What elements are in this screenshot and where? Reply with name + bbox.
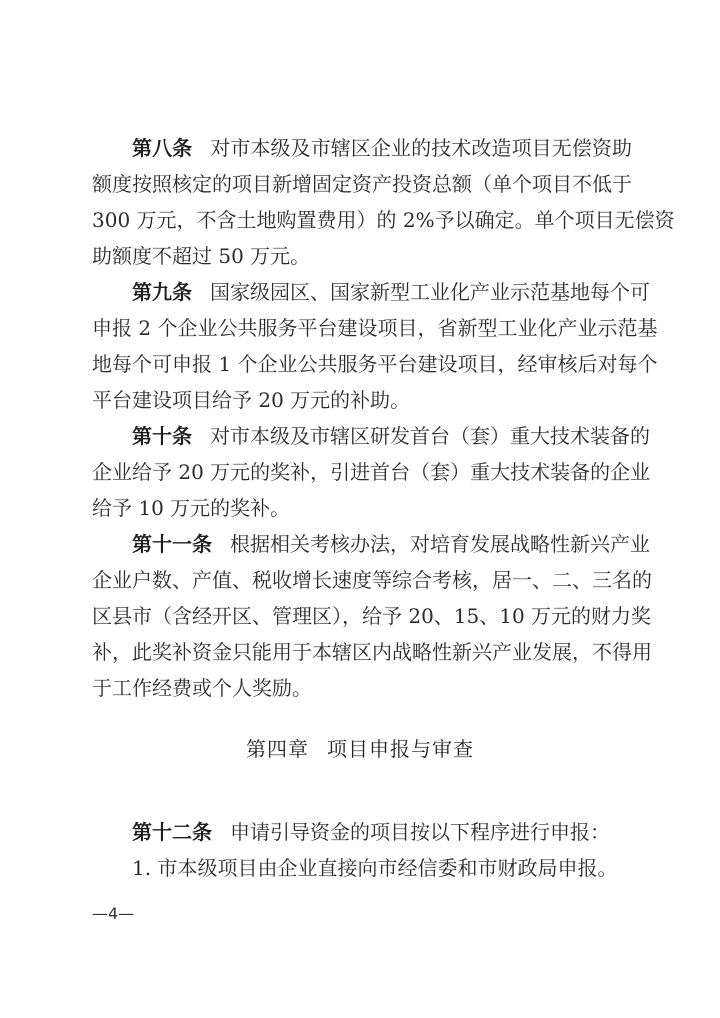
article-12-line-1: 第十二条申请引导资金的项目按以下程序进行申报： [132,817,632,847]
article-11-line-1: 第十一条根据相关考核办法，对培育发展战略性新兴产业 [132,529,632,559]
article-10-line-1: 第十条对市本级及市辖区研发首台（套）重大技术装备的 [132,421,632,451]
document-page: 第八条对市本级及市辖区企业的技术改造项目无偿资助 额度按照核定的项目新增固定资产… [0,0,720,1018]
article-8-line-1: 第八条对市本级及市辖区企业的技术改造项目无偿资助 [132,133,632,163]
chapter-number: 第四章 [246,737,309,761]
article-8-label: 第八条 [132,136,192,160]
article-11-label: 第十一条 [132,532,212,556]
article-10-label: 第十条 [132,424,192,448]
list-item-1: 1. 市本级项目由企业直接向市经信委和市财政局申报。 [132,853,632,883]
article-11-line-3: 区县市（含经开区、管理区），给予 20、15、10 万元的财力奖 [92,601,632,631]
article-8-line-2: 额度按照核定的项目新增固定资产投资总额（单个项目不低于 [92,169,632,199]
article-11-line-5: 于工作经费或个人奖励。 [92,673,632,703]
article-9-line-3: 地每个可申报 1 个企业公共服务平台建设项目，经审核后对每个 [92,349,632,379]
article-12-label: 第十二条 [132,820,212,844]
article-9-line-1: 第九条国家级园区、国家新型工业化产业示范基地每个可 [132,277,632,307]
article-11-line-4: 补，此奖补资金只能用于本辖区内战略性新兴产业发展，不得用 [92,637,632,667]
article-8-line-3: 300 万元，不含土地购置费用）的 2%予以确定。单个项目无偿资 [92,205,632,235]
article-9-line-2: 申报 2 个企业公共服务平台建设项目，省新型工业化产业示范基 [92,313,632,343]
chapter-heading: 第四章项目申报与审查 [0,734,720,764]
article-10-line-2: 企业给予 20 万元的奖补，引进首台（套）重大技术装备的企业 [92,457,632,487]
article-10-line-3: 给予 10 万元的奖补。 [92,493,632,523]
article-11-line-2: 企业户数、产值、税收增长速度等综合考核，居一、二、三名的 [92,565,632,595]
chapter-title: 项目申报与审查 [327,737,474,761]
page-number: —4— [92,902,134,926]
article-9-line-4: 平台建设项目给予 20 万元的补助。 [92,385,632,415]
article-8-line-4: 助额度不超过 50 万元。 [92,241,632,271]
article-9-label: 第九条 [132,280,192,304]
